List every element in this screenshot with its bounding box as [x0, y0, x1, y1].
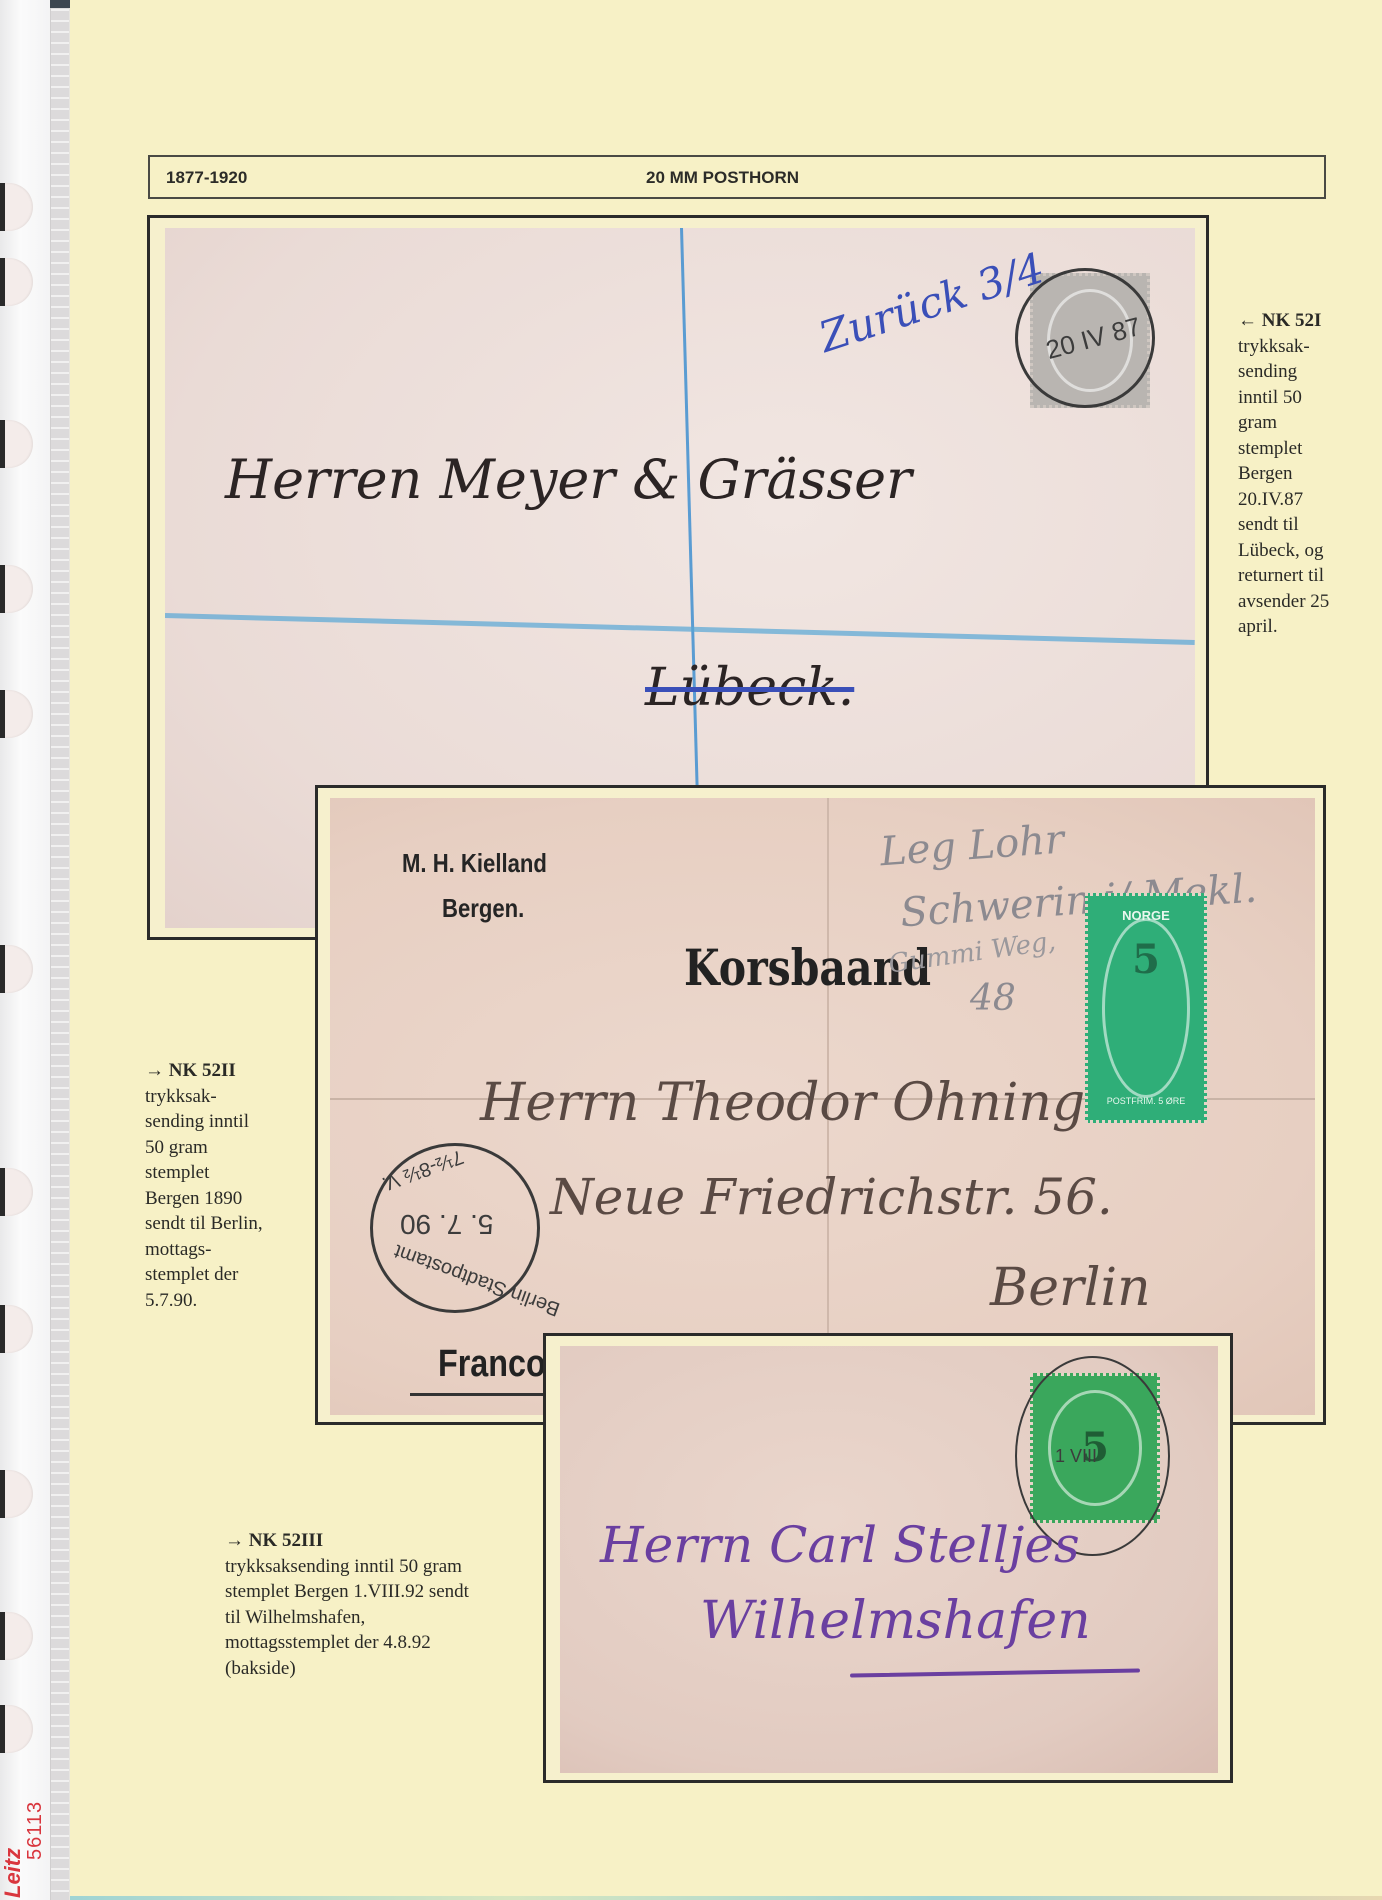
sender-name: M. H. Kielland	[402, 848, 547, 879]
caption-line: 50 gram	[145, 1135, 305, 1161]
caption-line: sending	[1238, 359, 1368, 385]
caption-title: → NK 52III	[225, 1528, 525, 1554]
caption-line: trykksak-	[1238, 334, 1368, 360]
caption-line: stemplet	[145, 1160, 305, 1186]
caption-line: Bergen	[1238, 461, 1368, 487]
caption-line: mottags-	[145, 1237, 305, 1263]
address-city: Berlin	[990, 1258, 1151, 1318]
caption-line: Lübeck, og	[1238, 538, 1368, 564]
page-header: 1877-1920 20 MM POSTHORN	[148, 155, 1326, 199]
caption-line: (bakside)	[225, 1656, 525, 1682]
caption-line: mottagsstemplet der 4.8.92	[225, 1630, 525, 1656]
address-city: Wilhelmshafen	[700, 1591, 1091, 1651]
cover-frame-nk52iii: 5 1 VIII Herrn Carl Stelljes Wilhelmshaf…	[543, 1333, 1233, 1783]
pencil-note-line-4: 48	[970, 978, 1016, 1019]
franco-label: Franco	[438, 1343, 546, 1386]
caption-line: Bergen 1890	[145, 1186, 305, 1212]
caption-line: sendt til Berlin,	[145, 1211, 305, 1237]
registration-crayon-horizontal	[165, 613, 1195, 645]
caption-line: avsender 25	[1238, 589, 1368, 615]
cover-envelope-nk52ii: M. H. Kielland Bergen. Korsbaand Franco …	[330, 798, 1315, 1415]
address-underline	[850, 1668, 1140, 1677]
caption-line: stemplet Bergen 1.VIII.92 sendt	[225, 1579, 525, 1605]
franco-underline	[410, 1393, 550, 1396]
address-line-1: Herrn Theodor Ohning	[480, 1073, 1085, 1133]
caption-nk52i: ← NK 52I trykksak- sending inntil 50 gra…	[1238, 308, 1368, 640]
header-period: 1877-1920	[166, 168, 247, 188]
bottom-edge-strip	[70, 1896, 1382, 1900]
brand-name: Leitz	[0, 1848, 26, 1898]
caption-line: april.	[1238, 614, 1368, 640]
caption-line: gram	[1238, 410, 1368, 436]
address-line-1: Herren Meyer & Grässer	[225, 448, 912, 511]
caption-line: til Wilhelmshafen,	[225, 1605, 525, 1631]
stamp-inscription: POSTFRIM. 5 ØRE	[1088, 1096, 1204, 1106]
cover-envelope-nk52iii: 5 1 VIII Herrn Carl Stelljes Wilhelmshaf…	[560, 1346, 1218, 1773]
caption-line: stemplet der	[145, 1262, 305, 1288]
caption-nk52ii: → NK 52II trykksak- sending inntil 50 gr…	[145, 1058, 305, 1313]
product-number: 56113	[24, 1801, 47, 1860]
caption-line: trykksak-	[145, 1084, 305, 1110]
header-title: 20 MM POSTHORN	[646, 168, 799, 188]
cover-frame-nk52ii: M. H. Kielland Bergen. Korsbaand Franco …	[315, 785, 1326, 1425]
binder-brand-label: Leitz 56113	[2, 1780, 50, 1900]
sender-city: Bergen.	[442, 893, 524, 924]
caption-title: ← NK 52I	[1238, 308, 1368, 334]
stamp-country: NORGE	[1088, 908, 1204, 923]
caption-line: trykksaksending inntil 50 gram	[225, 1554, 525, 1580]
caption-nk52iii: → NK 52III trykksaksending inntil 50 gra…	[225, 1528, 525, 1681]
caption-line: stemplet	[1238, 436, 1368, 462]
address-city: Lübeck.	[645, 658, 854, 718]
caption-title: → NK 52II	[145, 1058, 305, 1084]
caption-line: inntil 50	[1238, 385, 1368, 411]
pencil-note-line-1: Leg Lohr	[879, 817, 1066, 876]
caption-line: sendt til	[1238, 512, 1368, 538]
address-line-2: Neue Friedrichstr. 56.	[550, 1168, 1113, 1226]
binder-ruler-cap	[50, 0, 70, 8]
receiving-cancel-date: 5. 7. 90	[400, 1208, 493, 1240]
binder-ruler	[50, 0, 70, 1900]
stamp-green-5-ore: NORGE 5 POSTFRIM. 5 ØRE	[1085, 893, 1207, 1123]
address-line-1: Herrn Carl Stelljes	[600, 1516, 1080, 1574]
caption-line: sending inntil	[145, 1109, 305, 1135]
caption-line: 20.IV.87	[1238, 487, 1368, 513]
caption-line: 5.7.90.	[145, 1288, 305, 1314]
caption-line: returnert til	[1238, 563, 1368, 589]
cancel-date: 1 VIII	[1055, 1446, 1097, 1467]
stamp-value: 5	[1088, 936, 1204, 983]
